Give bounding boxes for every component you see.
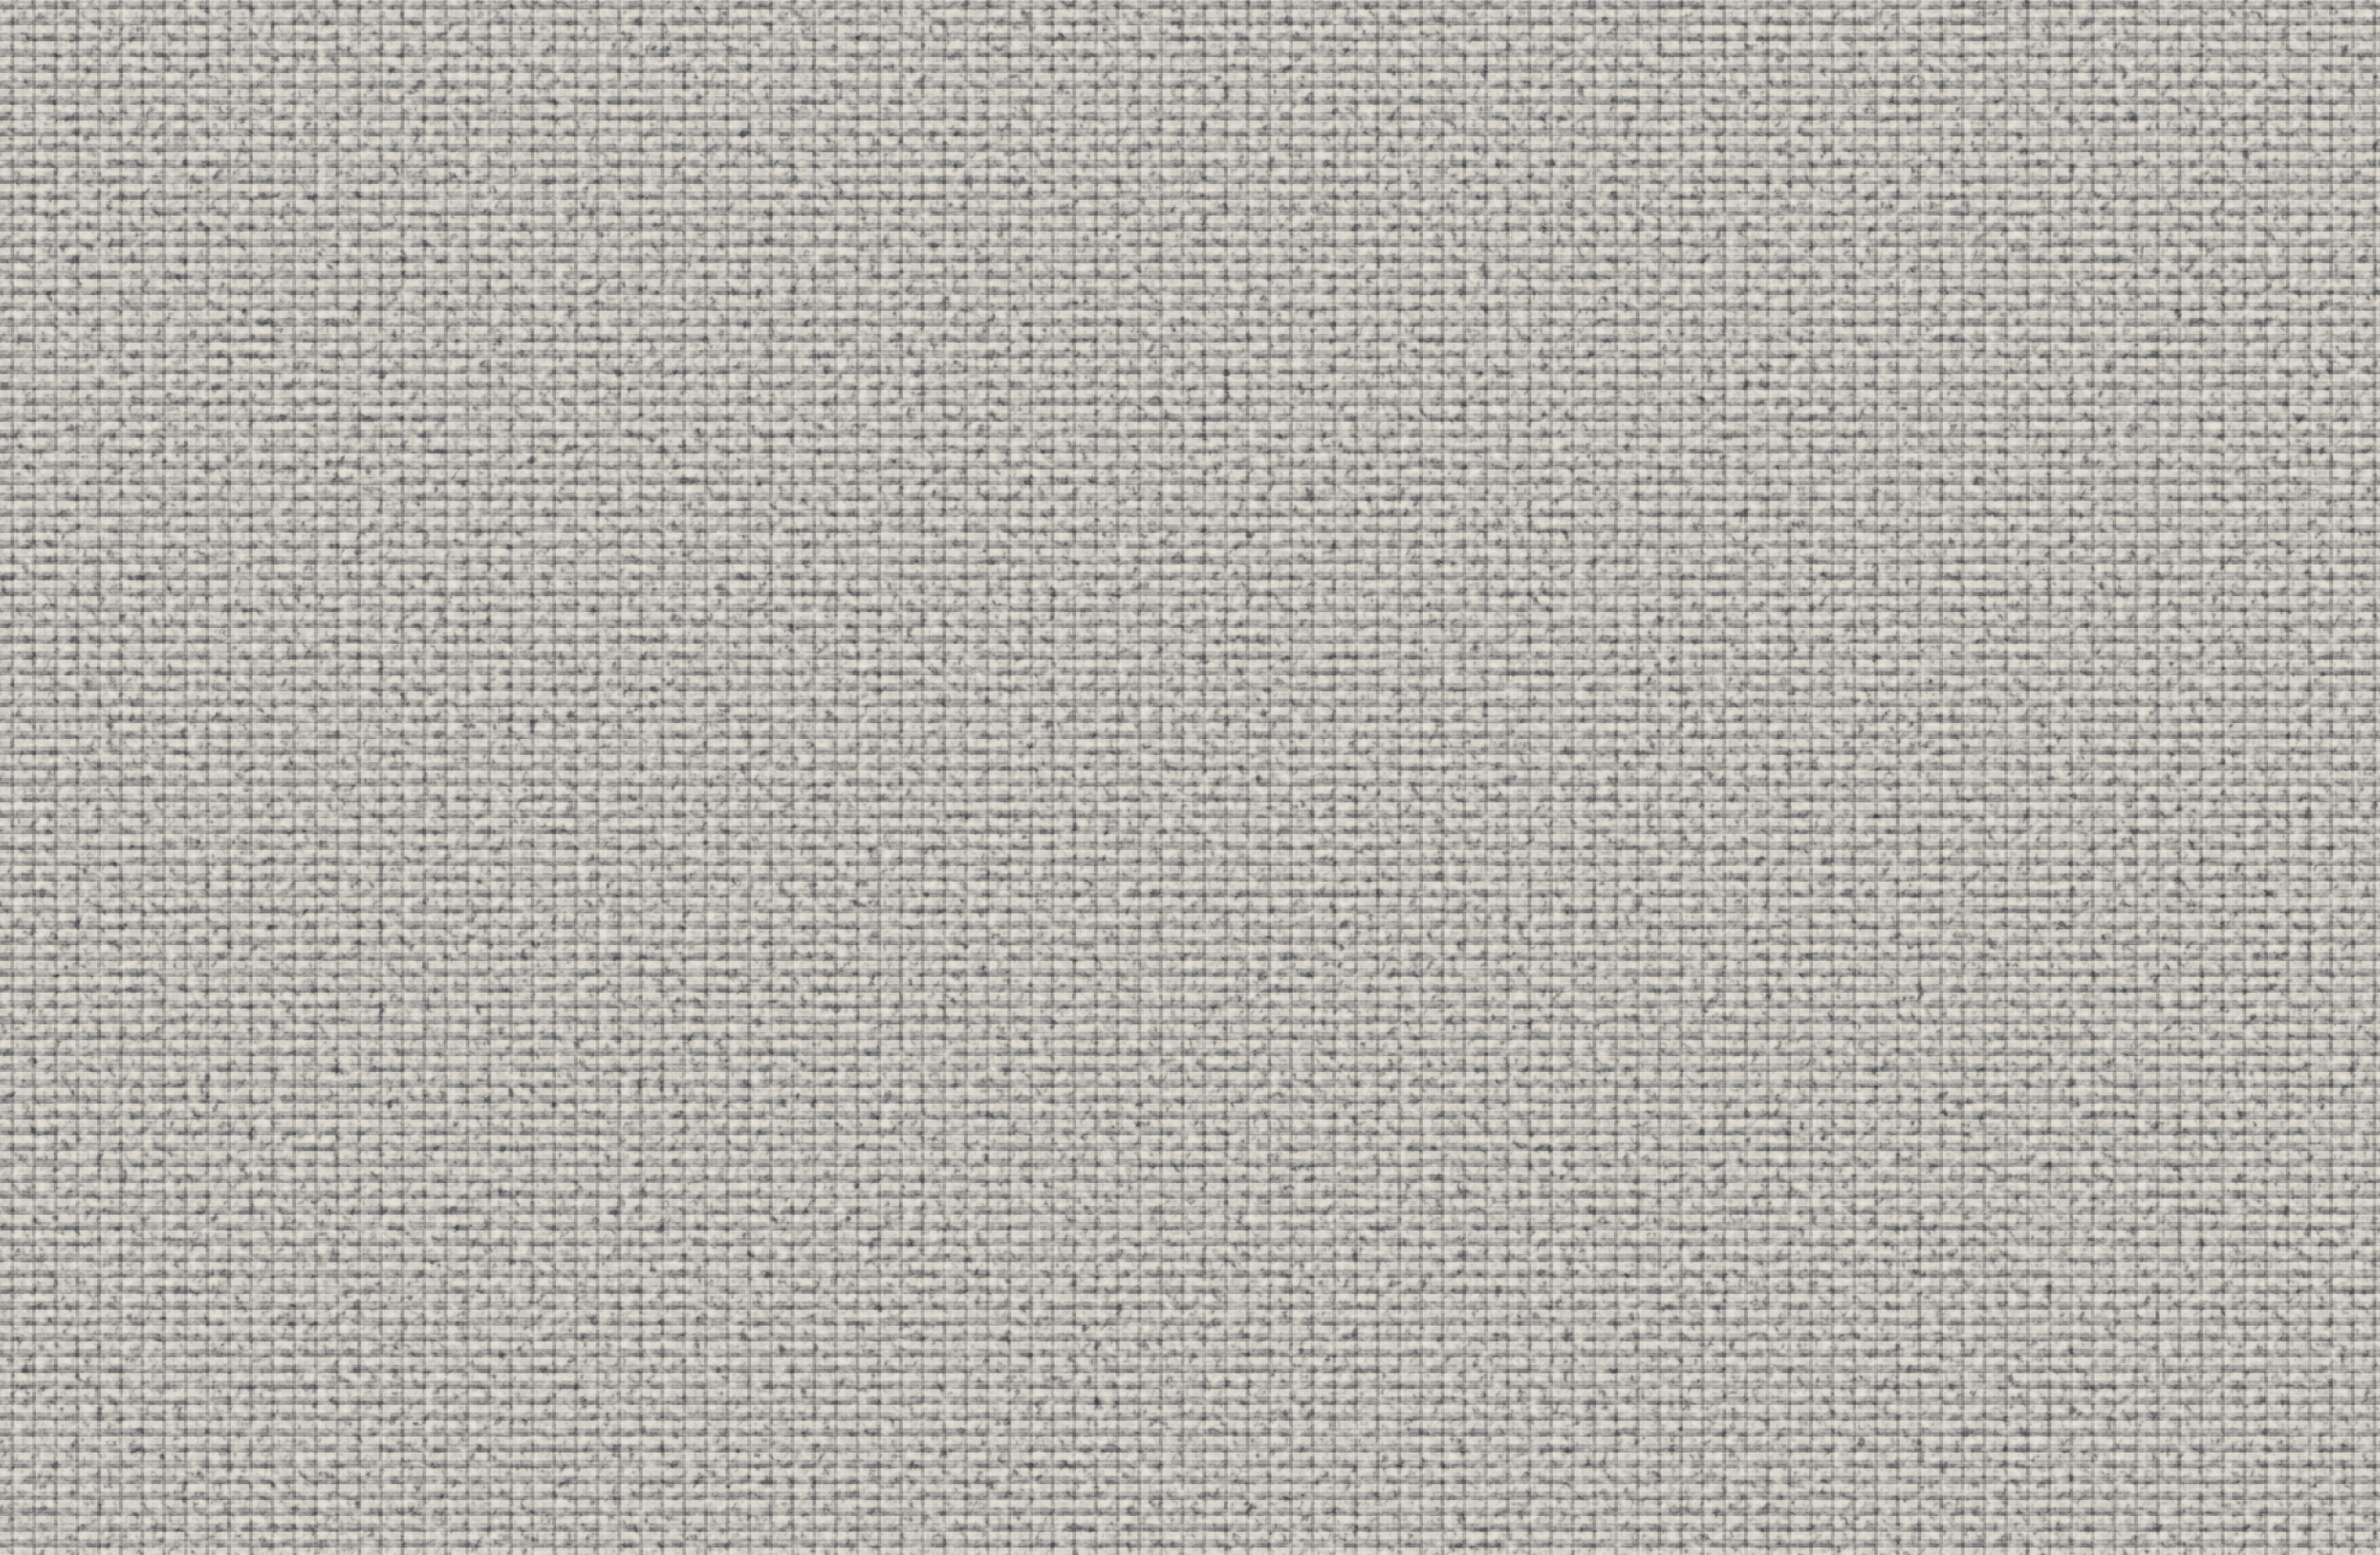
yarn-loop-noise	[0, 0, 2380, 1555]
carpet-texture-photo	[0, 0, 2380, 1555]
